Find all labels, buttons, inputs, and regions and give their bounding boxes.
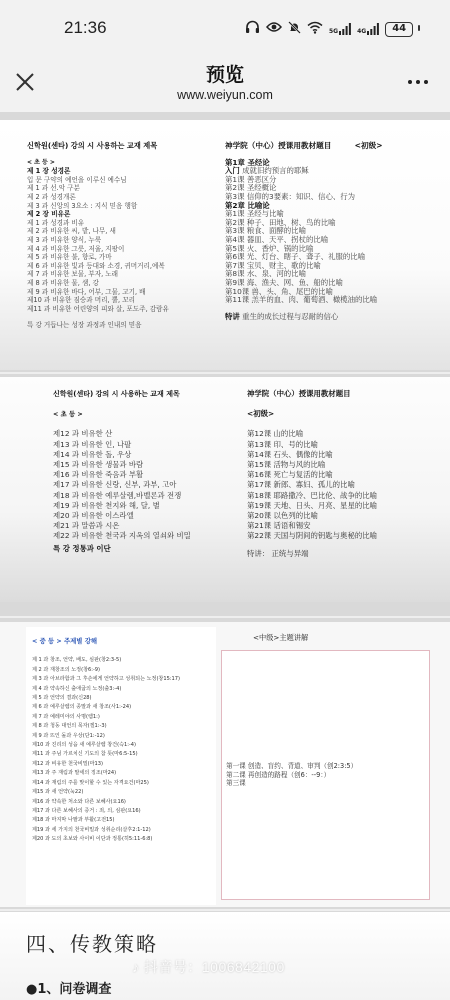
list-item: 제10 과 진리의 성읍 새 예루살렘 창건(슥1:-4)	[32, 741, 212, 750]
document-preview[interactable]: 신학원(센타) 강의 시 사용하는 교재 제목 < 초 등 > 제 1 장 성경…	[0, 112, 450, 1000]
list-item: 제 3 과 신앙의 3요소 : 지식 믿음 행함	[27, 202, 217, 211]
slide2-korean-column: 신학원(센타) 강의 시 사용하는 교재 제목 < 초 등 > 제12 과 비유…	[53, 389, 233, 554]
slide-4: 四、传教策略 ●1、问卷调查	[0, 912, 450, 1000]
list-item: 제11 과 주님 가르치신 기도의 참 뜻(마6:5-15)	[32, 750, 212, 759]
list-item: 제 9 과 비유한 바다, 어부, 그물, 고기, 배	[27, 288, 217, 297]
list-item: 제10 과 비유한 짐승과 머리, 뿔, 꼬리	[27, 296, 217, 305]
list-item: 제14 과 재림의 주를 맞이할 수 있는 자격요건(마25)	[32, 779, 212, 788]
slide2-chinese-column: 神学院（中心）授课用教材题目 <初级> 第12课 山的比喻 第13课 印、号的比…	[247, 389, 437, 559]
slide1-korean-level: < 초 등 >	[27, 159, 217, 168]
slide2-chinese-special: 特讲： 正统与异端	[247, 549, 437, 559]
slide-divider	[0, 372, 450, 374]
list-item: 第11课 羔羊的血、肉、葡萄酒、橄榄油的比喻	[225, 296, 430, 305]
slide1-korean-column: 신학원(센타) 강의 시 사용하는 교재 제목 < 초 등 > 제 1 장 성경…	[27, 142, 217, 330]
list-item: 제 7 과 비유한 보물, 부자, 노래	[27, 270, 217, 279]
status-bar: 21:36 5G 4G 44	[0, 0, 450, 50]
slide-1: 신학원(센타) 강의 시 사용하는 교재 제목 < 초 등 > 제 1 장 성경…	[0, 120, 450, 370]
list-item: 제 4 과 비유한 그릇, 저울, 지팡이	[27, 245, 217, 254]
slide2-chinese-level: <初级>	[247, 409, 437, 419]
list-item: 제16 과 약속한 처소와 다른 보혜사(요16)	[32, 798, 212, 807]
list-item: 제20 과 도의 초보와 사이비 이단과 정통(히5:11-6:8)	[32, 835, 212, 844]
list-item: 第二课 再创造的路程（创6：--9：）	[226, 771, 429, 780]
slide1-chinese-special: 特讲 重生的成长过程与忍耐的信心	[225, 313, 430, 322]
slide-divider	[0, 616, 450, 618]
list-item: 제 2 장 비유론	[27, 210, 217, 219]
list-item: 제 1 과 창조, 언약, 배도, 심판(창2:3-5)	[32, 656, 212, 665]
slide2-chinese-title: 神学院（中心）授课用教材题目	[247, 389, 437, 399]
list-item: 第18课 耶路撒冷、巴比伦、战争的比喻	[247, 491, 437, 501]
slide3-chinese-title: <中级>主题讲解	[253, 633, 308, 643]
list-item: 第15课 活物与风的比喻	[247, 460, 437, 470]
battery-level: 44	[385, 22, 413, 37]
page-title: 预览	[0, 60, 450, 87]
list-item: 제 2 과 비유한 씨, 밭, 나무, 새	[27, 227, 217, 236]
list-item: 제15 과 비유한 생물과 바람	[53, 460, 233, 470]
list-item: 제18 과 비유한 예루살렘,바벨론과 전쟁	[53, 491, 233, 501]
list-item: 第12课 山的比喻	[247, 429, 437, 439]
list-item: 제 9 과 뜨인 돌과 우상(단1:-12)	[32, 732, 212, 741]
list-item: 第17课 新郎、寡妇、孤儿的比喻	[247, 480, 437, 490]
list-item: 第20课 以色列的比喻	[247, 511, 437, 521]
slide3-korean-panel: < 중 등 > 주제별 강해 제 1 과 창조, 언약, 배도, 심판(창2:3…	[26, 627, 216, 905]
slide1-chinese-column: 神学院（中心）授课用教材题目 <初级> 第1章 圣经论 入门 入门 成就旧约预言…	[225, 142, 430, 321]
list-item: 제13 과 주 재림과 말세의 징조(마24)	[32, 769, 212, 778]
list-item: 제15 과 새 언약(눅22)	[32, 788, 212, 797]
list-item: 제 2 과 성경개론	[27, 193, 217, 202]
slide4-subheading: ●1、问卷调查	[26, 978, 111, 997]
list-item: 第一课 创造、盲约、背道、审判（创2:3:5）	[226, 762, 429, 771]
status-icons: 5G 4G 44	[245, 20, 420, 37]
slide1-korean-special: 특 강 거듭나는 성장 과정과 인내의 믿음	[27, 321, 217, 330]
slide-3: < 중 등 > 주제별 강해 제 1 과 창조, 언약, 배도, 심판(창2:3…	[0, 622, 450, 907]
list-item: 제17 과 비유한 신랑, 신부, 과부, 고아	[53, 480, 233, 490]
list-item: 제20 과 비유한 이스라엘	[53, 511, 233, 521]
more-icon	[408, 80, 412, 84]
slide1-korean-title: 신학원(센타) 강의 시 사용하는 교재 제목	[27, 142, 217, 151]
list-item: 제22 과 비유한 천국과 지옥의 열쇠와 비밀	[53, 531, 233, 541]
wifi-icon	[307, 21, 323, 37]
more-button[interactable]	[408, 80, 428, 84]
battery-icon: 44	[385, 20, 420, 37]
list-item: 제 5 과 비유한 불, 향로, 가마	[27, 253, 217, 262]
5g-signal-icon: 5G	[329, 23, 351, 35]
list-item: 제 2 과 재창조의 노정(창6:-9)	[32, 666, 212, 675]
slide2-korean-title: 신학원(센타) 강의 시 사용하는 교재 제목	[53, 389, 233, 399]
list-item: 제 5 과 언약의 결과(신28)	[32, 694, 212, 703]
list-item: 제 6 과 예루살렘의 종말과 새 창조(사1:-24)	[32, 703, 212, 712]
slide3-korean-title: < 중 등 > 주제별 강해	[32, 637, 212, 646]
list-item: 제16 과 비유한 죽음과 부활	[53, 470, 233, 480]
list-item: 제 1 장 성경론	[27, 167, 217, 176]
list-item: 제 3 과 비유한 양식, 누룩	[27, 236, 217, 245]
slide-2: 신학원(센타) 강의 시 사용하는 교재 제목 < 초 등 > 제12 과 비유…	[0, 377, 450, 602]
status-time: 21:36	[64, 18, 107, 38]
slide1-chinese-title: 神学院（中心）授课用教材题目	[225, 141, 331, 150]
list-item: 제 3 과 아브라함과 그 후손에게 언약하고 성취되는 노정(창15:17)	[32, 675, 212, 684]
4g-signal-icon: 4G	[357, 23, 379, 35]
list-item: 제17 과 다른 보혜사의 증거 : 죄, 의, 심판(요16)	[32, 807, 212, 816]
list-item: 제18 과 마지막 나팔과 부활(고전15)	[32, 816, 212, 825]
list-item: 第三课	[226, 779, 429, 788]
list-item: 第14课 石头、偶像的比喻	[247, 450, 437, 460]
list-item: 第22课 天国与阴间的钥匙与奥秘的比喻	[247, 531, 437, 541]
list-item: 第16课 死亡与复活的比喻	[247, 470, 437, 480]
slide1-chinese-level: <初级>	[355, 141, 383, 150]
list-item: 제 8 과 청동 대언의 목자(겔1:-3)	[32, 722, 212, 731]
list-item: 제 4 과 약속하신 출애굽의 노정(출3:-4)	[32, 685, 212, 694]
list-item: 제 1 과 선.악 구분	[27, 184, 217, 193]
preview-header: 预览 www.weiyun.com	[0, 50, 450, 112]
page-url: www.weiyun.com	[0, 88, 450, 102]
list-item: 제21 과 말씀과 시온	[53, 521, 233, 531]
list-item: 第19课 天地、日头、月亮、星星的比喻	[247, 501, 437, 511]
douyin-watermark: ♪ 抖音号：1006842100	[132, 957, 285, 977]
slide2-korean-special: 특 강 정통과 이단	[53, 544, 233, 554]
list-item: 제 7 과 예레미야의 사명(렘1:)	[32, 713, 212, 722]
headphones-icon	[245, 20, 260, 37]
slide4-heading: 四、传教策略	[26, 928, 158, 957]
list-item: 제12 과 비유한 산	[53, 429, 233, 439]
bell-off-icon	[288, 21, 301, 37]
list-item: 제 8 과 비유한 물, 샘, 강	[27, 279, 217, 288]
list-item: 第21课 话语和锡安	[247, 521, 437, 531]
list-item: 第13课 印、号的比喻	[247, 440, 437, 450]
list-item: 제11 과 비유한 어린양의 피와 살, 포도주, 감람유	[27, 305, 217, 314]
list-item: 제12 과 비유한 천국비밀(마13)	[32, 760, 212, 769]
slide2-korean-level: < 초 등 >	[53, 409, 233, 419]
slide3-chinese-panel: 第一课 创造、盲约、背道、审判（创2:3:5） 第二课 再创造的路程（创6：--…	[221, 650, 430, 900]
list-item: 제19 과 비유한 천지와 해, 달, 별	[53, 501, 233, 511]
list-item: 제13 과 비유한 인, 나팔	[53, 440, 233, 450]
slide-divider	[0, 909, 450, 911]
list-item: 제14 과 비유한 돌, 우상	[53, 450, 233, 460]
list-item: 제19 과 세 가지의 천국비밀과 성취순리(살후2:1-12)	[32, 826, 212, 835]
eye-icon	[266, 21, 282, 36]
